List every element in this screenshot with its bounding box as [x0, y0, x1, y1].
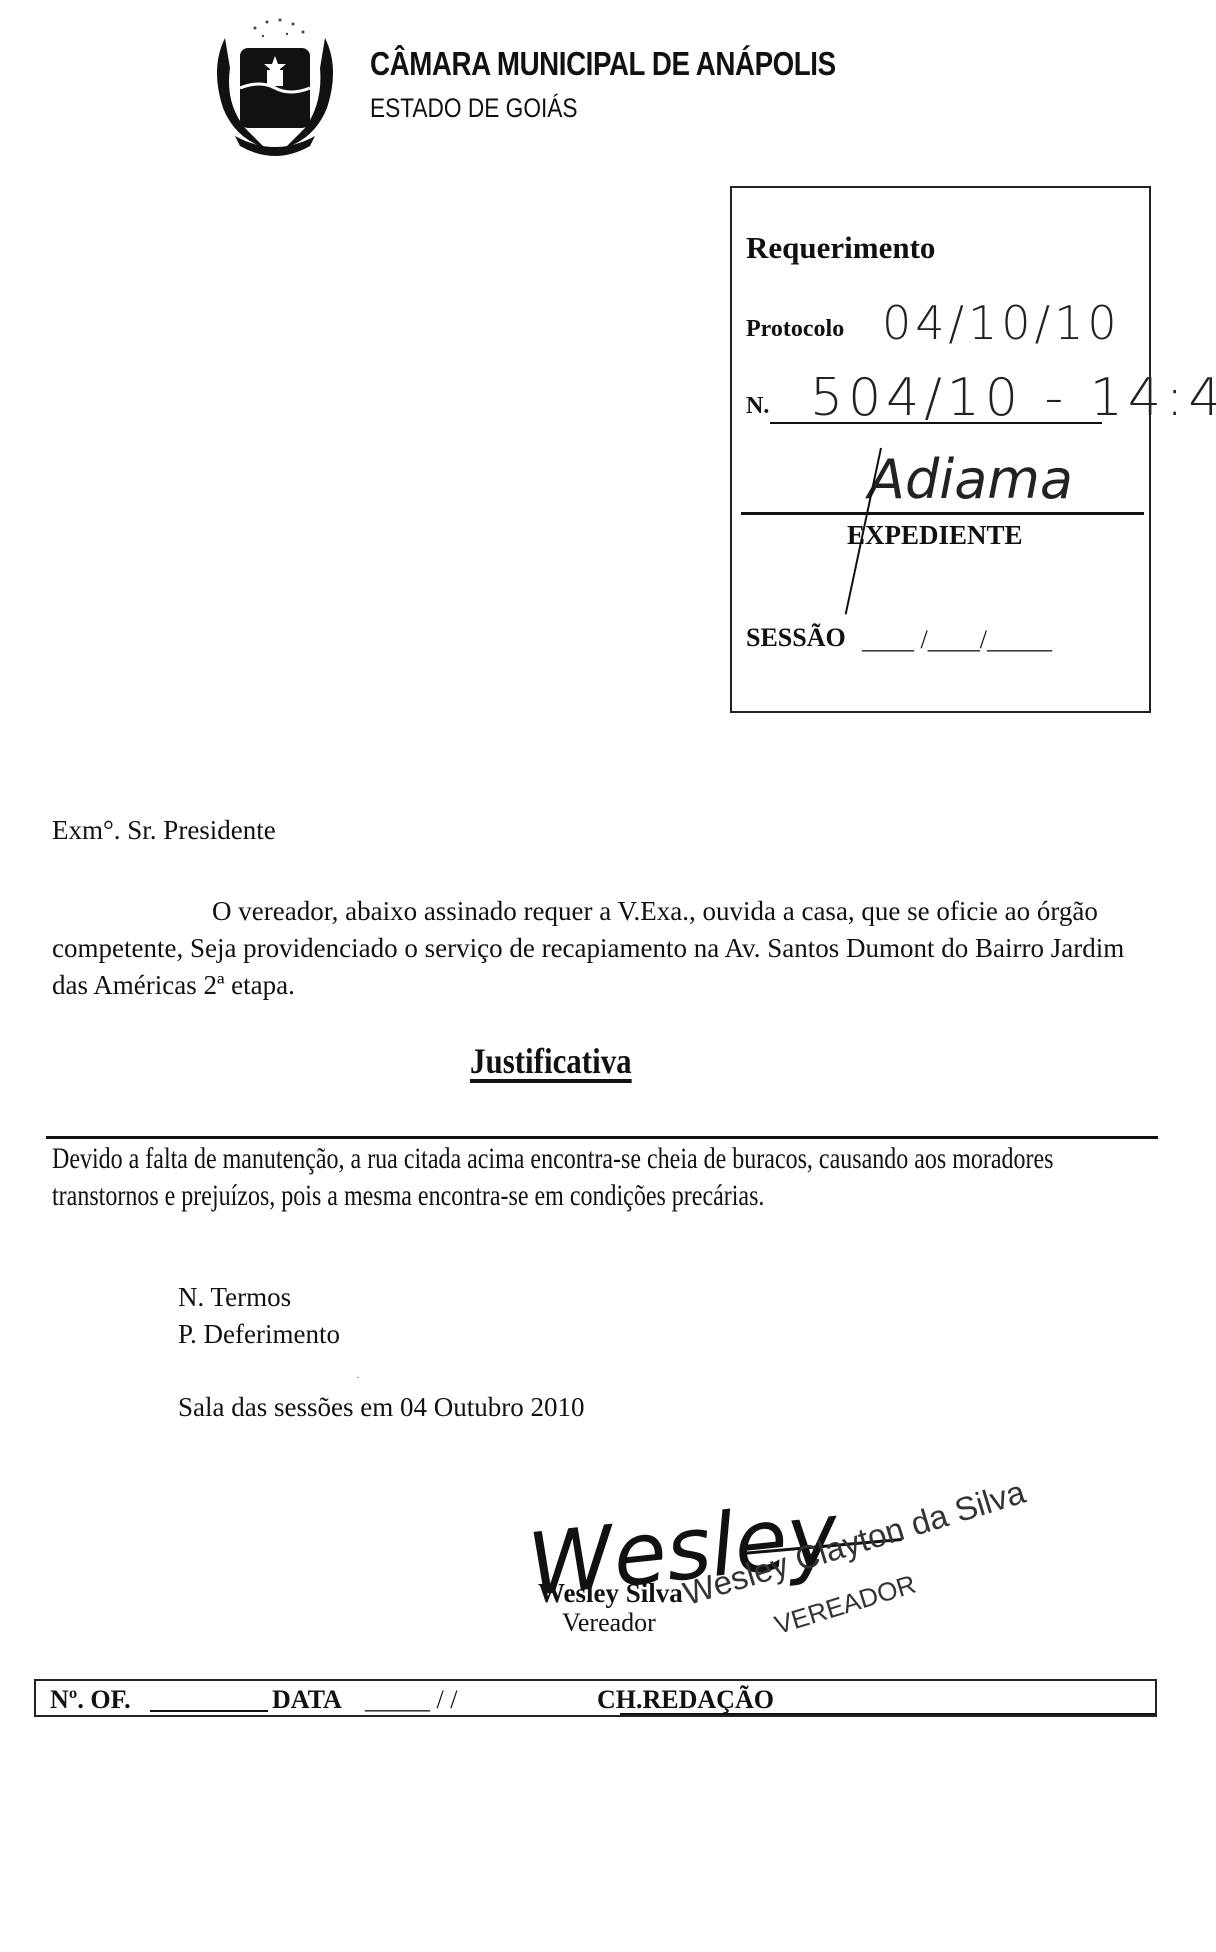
closing-date: Sala das sessões em 04 Outubro 2010 — [178, 1392, 584, 1423]
number-label: N. — [746, 393, 769, 420]
closing-deferment: P. Deferimento — [178, 1319, 340, 1350]
footer-date-label: DATA — [272, 1685, 342, 1715]
footer-office-number-label: Nº. OF. — [50, 1685, 131, 1715]
expediente-line — [741, 512, 1144, 515]
protocolo-handwritten-date: 04/10/10 — [882, 296, 1121, 350]
footer-redaction-line — [620, 1713, 1155, 1715]
footer-date-blanks: _____ / / — [365, 1685, 457, 1715]
expediente-handwritten-note: Adiama — [868, 448, 1073, 511]
coat-of-arms-icon — [205, 8, 345, 163]
expediente-label: EXPEDIENTE — [847, 520, 1023, 551]
scan-speck: · — [356, 1370, 360, 1385]
signer-name: Wesley Silva — [538, 1578, 683, 1609]
request-paragraph-text: O vereador, abaixo assinado requer a V.E… — [52, 896, 1124, 1000]
protocolo-label: Protocolo — [746, 316, 844, 343]
footer-redaction-label: CH.REDAÇÃO — [597, 1685, 774, 1715]
greeting: Exm°. Sr. Presidente — [52, 815, 276, 846]
closing-terms: N. Termos — [178, 1282, 291, 1313]
number-handwritten-value: 504/10 - 14:40 — [810, 368, 1216, 428]
signer-role: Vereador — [562, 1608, 656, 1638]
request-paragraph: O vereador, abaixo assinado requer a V.E… — [52, 893, 1162, 1004]
justification-text: Devido a falta de manutenção, a rua cita… — [52, 1140, 1076, 1214]
organization-state: ESTADO DE GOIÁS — [370, 93, 578, 124]
sessao-date-blanks: ____ /____/_____ — [862, 625, 1052, 655]
justification-divider — [46, 1136, 1158, 1139]
justification-title: Justificativa — [470, 1040, 632, 1082]
sessao-label: SESSÃO — [746, 623, 846, 653]
footer-office-number-line — [150, 1710, 268, 1712]
request-title: Requerimento — [746, 230, 935, 266]
organization-title: CÂMARA MUNICIPAL DE ANÁPOLIS — [370, 45, 836, 83]
